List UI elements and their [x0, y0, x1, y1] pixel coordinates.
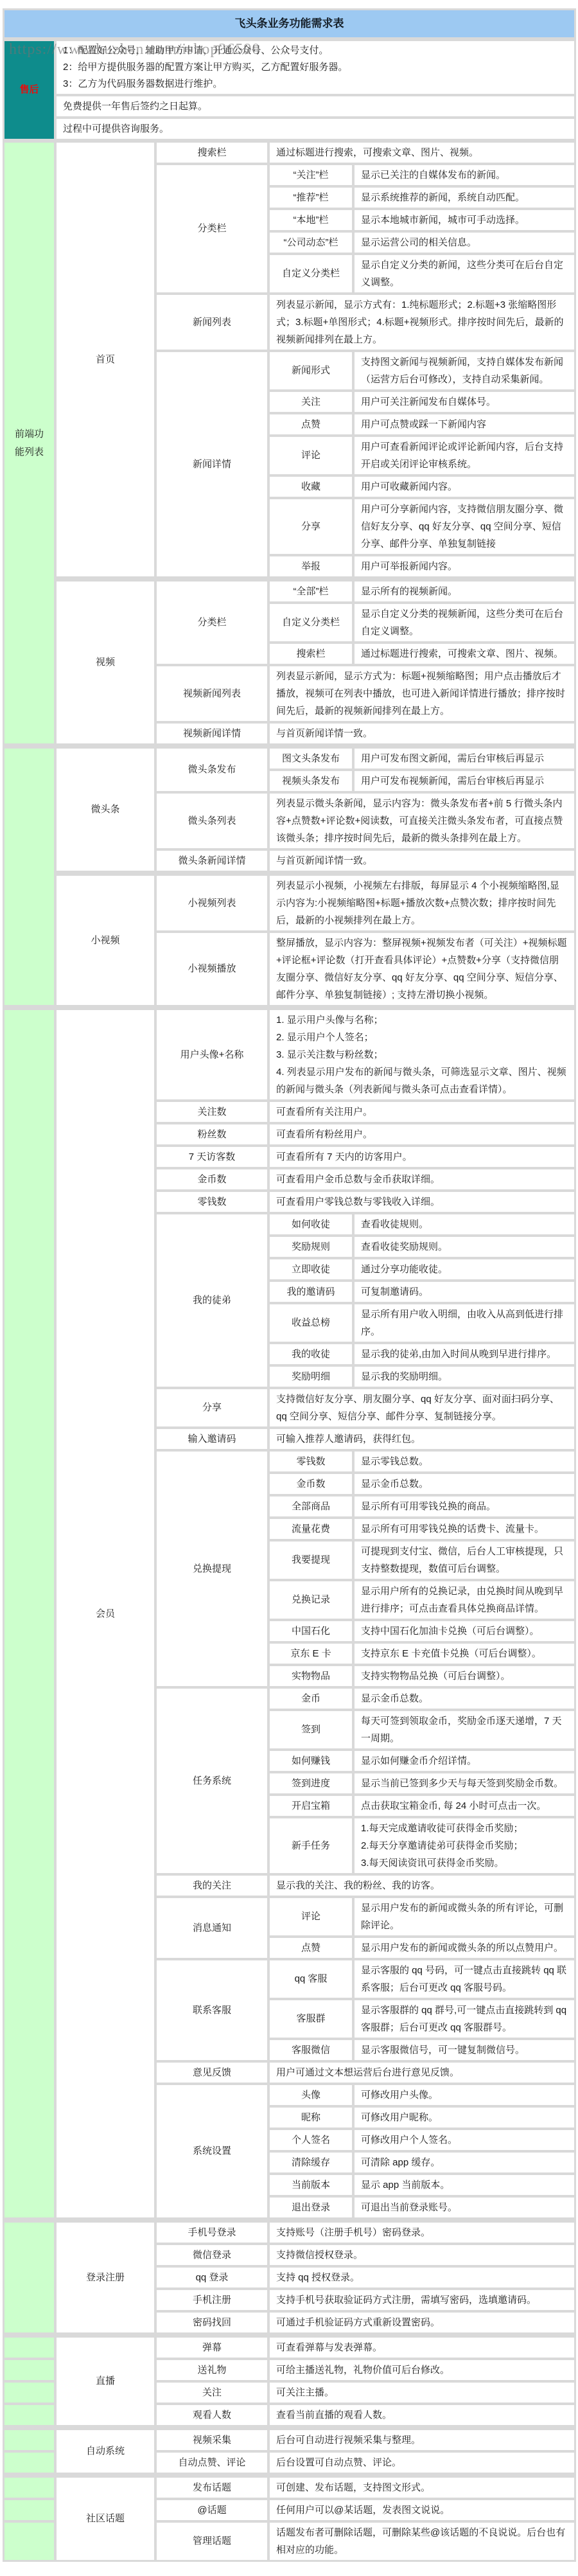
sub-label-cell: 分享: [270, 499, 352, 554]
desc-cell: 支持实物物品兑换（可后台调整）。: [355, 1666, 574, 1686]
desc-cell: 显示用户发布的新闻或微头条的所有评论，可删除评论。: [355, 1898, 574, 1935]
sub-label-cell: 金币数: [270, 1474, 352, 1494]
sub-label-cell: 举报: [270, 556, 352, 576]
row-label-cell: 粉丝数: [157, 1124, 267, 1144]
feature-section: 小视频小视频列表列表显示小视频，小视频左右排版，每屏显示 4 个小视频缩略图,显…: [57, 876, 574, 1005]
desc-cell: 可修改用户个人签名。: [355, 2130, 574, 2150]
desc-cell: 显示所有用户收入明细，由收入从高到低进行排序。: [355, 1304, 574, 1342]
section-label-cell: 登录注册: [57, 2223, 154, 2332]
row-label-cell: 视频新闻详情: [157, 724, 267, 743]
row-label-cell: 小视频播放: [157, 933, 267, 1005]
feature-chunk: 微头条微头条发布图文头条发布用户可发布图文新闻，需后台审核后再显示视频头条发布用…: [4, 749, 574, 1005]
sub-label-cell: 客服群: [270, 2000, 352, 2038]
desc-cell: 与首页新闻详情一致。: [270, 851, 574, 871]
aftersale-note: 1：配置好公众号，辅助甲方申请，开通公众号、公众号支付。 2：给甲方提供服务器的…: [57, 41, 574, 94]
desc-cell: 用户可查看新闻评论或评论新闻内容，后台支持开启或关闭评论审核系统。: [355, 437, 574, 474]
sub-label-cell: 关注: [270, 392, 352, 412]
desc-cell: 可清除 app 缓存。: [355, 2153, 574, 2172]
section-label-cell: 社区话题: [57, 2478, 154, 2560]
desc-cell: 与首页新闻详情一致。: [270, 724, 574, 743]
desc-cell: 显示我的关注、我的粉丝、我的访客。: [270, 1876, 574, 1896]
group-spacer-cell: [4, 2478, 54, 2498]
sub-label-cell: 昵称: [270, 2108, 352, 2127]
chunk-sections: 登录注册手机号登录支持账号（注册手机号）密码登录。微信登录支持微信授权登录。qq…: [57, 2223, 574, 2332]
desc-cell: 显示我的徒弟,由加入时间从晚到早进行排序。: [355, 1344, 574, 1364]
row-label-cell: qq 登录: [157, 2268, 267, 2287]
sub-label-cell: 清除缓存: [270, 2153, 352, 2172]
aftersale-note: 免费提供一年售后签约之日起算。: [57, 96, 574, 116]
desc-cell: 用户可发布图文新闻，需后台审核后再显示: [355, 749, 574, 768]
desc-cell: 通过标题进行搜索，可搜索文章、图片、视频。: [355, 644, 574, 664]
sub-label-cell: 实物物品: [270, 1666, 352, 1686]
sub-label-cell: “全部”栏: [270, 582, 352, 601]
row-label-cell: 观看人数: [157, 2405, 267, 2425]
sub-label-cell: 签到: [270, 1711, 352, 1748]
desc-cell: 用户可关注新闻发布自媒体号。: [355, 392, 574, 412]
group-spacer-cell: [4, 2405, 54, 2425]
feature-section: 会员用户头像+名称1. 显示用户头像与名称； 2. 显示用户个人签名； 3. 显…: [57, 1010, 574, 2217]
desc-cell: 查看当前直播的观看人数。: [270, 2405, 574, 2425]
desc-cell: 可提现到支付宝、微信，后台人工审核提现，只支持整数提现，数值可后台调整。: [355, 1541, 574, 1579]
section-label-cell: 视频: [57, 582, 154, 743]
desc-cell: 显示客服群的 qq 群号,可一键点击直接跳转到 qq 客服群；后台可更改 qq …: [355, 2000, 574, 2038]
desc-cell: 显示所有的视频新闻。: [355, 582, 574, 601]
desc-cell: 1.每天完成邀请收徒可获得金币奖励； 2.每天分享邀请徒弟可获得金币奖励； 3.…: [355, 1818, 574, 1873]
row-label-cell: 联系客服: [157, 1960, 267, 2060]
desc-cell: 支持 qq 授权登录。: [270, 2268, 574, 2287]
feature-section: 自动系统视频采集后台可自动进行视频采集与整理。自动点赞、评论后台设置可自动点赞、…: [4, 2430, 574, 2473]
sub-label-cell: 开启宝箱: [270, 1796, 352, 1816]
sub-label-cell: 奖励明细: [270, 1367, 352, 1387]
row-label-cell: 管理话题: [157, 2523, 267, 2560]
row-label-cell: 微头条列表: [157, 794, 267, 848]
row-label-cell: 弹幕: [157, 2338, 267, 2358]
desc-cell: 显示已关注的自媒体发布的新闻。: [355, 165, 574, 185]
requirements-table: 飞头条业务功能需求表 售后 1：配置好公众号，辅助甲方申请，开通公众号、公众号支…: [3, 8, 576, 2562]
desc-cell: 支持微信好友分享、朋友圈分享、qq 好友分享、面对面扫码分享、qq 空间分享、短…: [270, 1389, 574, 1426]
sub-label-cell: 图文头条发布: [270, 749, 352, 768]
feature-chunk: 登录注册手机号登录支持账号（注册手机号）密码登录。微信登录支持微信授权登录。qq…: [4, 2223, 574, 2332]
desc-cell: 每天可签到领取金币，奖励金币逐天递增，7 天一周期。: [355, 1711, 574, 1748]
row-label-cell: 零钱数: [157, 1192, 267, 1212]
desc-cell: 显示自定义分类的视频新闻，这些分类可在后台自定义调整。: [355, 604, 574, 641]
desc-cell: 可查看用户金币总数与金币获取详细。: [270, 1169, 574, 1189]
chunk-sections: 首页搜索栏通过标题进行搜索，可搜索文章、图片、视频。分类栏“关注”栏显示已关注的…: [57, 143, 574, 743]
row-label-cell: 小视频列表: [157, 876, 267, 930]
feature-chunk: 会员用户头像+名称1. 显示用户头像与名称； 2. 显示用户个人签名； 3. 显…: [4, 1010, 574, 2217]
feature-section: 视频分类栏“全部”栏显示所有的视频新闻。自定义分类栏显示自定义分类的视频新闻，这…: [57, 582, 574, 743]
row-label-cell: 微信登录: [157, 2245, 267, 2265]
sub-label-cell: 我的收徒: [270, 1344, 352, 1364]
desc-cell: 显示用户发布的新闻或微头条的所以点赞用户。: [355, 1938, 574, 1958]
row-label-cell: 兑换提现: [157, 1452, 267, 1686]
chunk-sections: 微头条微头条发布图文头条发布用户可发布图文新闻，需后台审核后再显示视频头条发布用…: [57, 749, 574, 1005]
section-label-cell: 微头条: [57, 749, 154, 871]
desc-cell: 可修改用户头像。: [355, 2085, 574, 2105]
desc-cell: 1. 显示用户头像与名称； 2. 显示用户个人签名； 3. 显示关注数与粉丝数；…: [270, 1010, 574, 1099]
group-spacer-cell: [4, 2383, 54, 2403]
row-label-cell: 分享: [157, 1389, 267, 1426]
desc-cell: 任何用户可以@某话题，发表图文说说。: [270, 2500, 574, 2520]
desc-cell: 可查看用户零钱总数与零钱收入详细。: [270, 1192, 574, 1212]
desc-cell: 显示如何赚金币介绍详情。: [355, 1751, 574, 1771]
group-spacer-cell: [4, 2360, 54, 2380]
desc-cell: 支持微信授权登录。: [270, 2245, 574, 2265]
desc-cell: 显示金币总数。: [355, 1474, 574, 1494]
desc-cell: 可给主播送礼物，礼物价值可后台修改。: [270, 2360, 574, 2380]
row-label-cell: 分类栏: [157, 582, 267, 664]
aftersale-notes: 1：配置好公众号，辅助甲方申请，开通公众号、公众号支付。 2：给甲方提供服务器的…: [57, 41, 574, 139]
desc-cell: 显示当前已签到多少天与每天签到奖励金币数。: [355, 1773, 574, 1793]
desc-cell: 可通过手机验证码方式重新设置密码。: [270, 2313, 574, 2332]
desc-cell: 可输入推荐人邀请码，获得红包。: [270, 1429, 574, 1449]
chunk-sections: 直播弹幕可查看弹幕与发表弹幕。送礼物可给主播送礼物，礼物价值可后台修改。关注可关…: [4, 2338, 574, 2560]
desc-cell: 显示所有可用零钱兑换的话费卡、流量卡。: [355, 1519, 574, 1539]
sub-label-cell: 个人签名: [270, 2130, 352, 2150]
sub-label-cell: 评论: [270, 437, 352, 474]
desc-cell: 查看收徒奖励规则。: [355, 1237, 574, 1257]
desc-cell: 支持京东 E 卡充值卡兑换（可后台调整）。: [355, 1644, 574, 1664]
desc-cell: 列表显示新闻，显示方式有：1.纯标题形式；2.标题+3 张缩略图形式；3.标题+…: [270, 295, 574, 350]
sub-label-cell: 收藏: [270, 477, 352, 497]
sub-label-cell: “推荐”栏: [270, 188, 352, 208]
sub-label-cell: 收益总榜: [270, 1304, 352, 1342]
sub-label-cell: 退出登录: [270, 2198, 352, 2217]
desc-cell: 可修改用户昵称。: [355, 2108, 574, 2127]
aftersale-label-cell: 售后: [4, 41, 54, 139]
sub-label-cell: “公司动态”栏: [270, 233, 352, 253]
row-label-cell: 任务系统: [157, 1689, 267, 1873]
row-label-cell: 微头条新闻详情: [157, 851, 267, 871]
sub-label-cell: 中国石化: [270, 1621, 352, 1641]
sub-label-cell: 点赞: [270, 1938, 352, 1958]
desc-cell: 整屏播放，显示内容为：整屏视频+视频发布者（可关注）+视频标题+评论框+评论数（…: [270, 933, 574, 1005]
desc-cell: 通过分享功能收徒。: [355, 1259, 574, 1279]
row-label-cell: 金币数: [157, 1169, 267, 1189]
sub-label-cell: 视频头条发布: [270, 771, 352, 791]
sub-label-cell: 自定义分类栏: [270, 604, 352, 641]
row-label-cell: 新闻详情: [157, 352, 267, 576]
row-label-cell: 微头条发布: [157, 749, 267, 791]
frontend-feature-table: 前端功能列表首页搜索栏通过标题进行搜索，可搜索文章、图片、视频。分类栏“关注”栏…: [4, 143, 574, 2560]
group-spacer-cell: [4, 2338, 54, 2358]
row-label-cell: 关注数: [157, 1102, 267, 1122]
chunk-sections: 会员用户头像+名称1. 显示用户头像与名称； 2. 显示用户个人签名； 3. 显…: [57, 1010, 574, 2217]
section-label-cell: 小视频: [57, 876, 154, 1005]
desc-cell: 显示零钱总数。: [355, 1452, 574, 1471]
sub-label-cell: 头像: [270, 2085, 352, 2105]
feature-chunk: 前端功能列表首页搜索栏通过标题进行搜索，可搜索文章、图片、视频。分类栏“关注”栏…: [4, 143, 574, 743]
desc-cell: 可创建、发布话题，支持图文形式。: [270, 2478, 574, 2498]
desc-cell: 查看收徒规则。: [355, 1214, 574, 1234]
aftersale-note: 过程中可提供咨询服务。: [57, 119, 574, 139]
desc-cell: 用户可收藏新闻内容。: [355, 477, 574, 497]
desc-cell: 显示自定义分类的新闻，这些分类可在后台自定义调整。: [355, 255, 574, 292]
sub-label-cell: 零钱数: [270, 1452, 352, 1471]
group-spacer-cell: [4, 2453, 54, 2473]
desc-cell: 可查看所有粉丝用户。: [270, 1124, 574, 1144]
sub-label-cell: 当前版本: [270, 2175, 352, 2195]
row-label-cell: 新闻列表: [157, 295, 267, 350]
desc-cell: 可查看所有 7 天内的访客用户。: [270, 1147, 574, 1167]
row-label-cell: 7 天访客数: [157, 1147, 267, 1167]
feature-section: 首页搜索栏通过标题进行搜索，可搜索文章、图片、视频。分类栏“关注”栏显示已关注的…: [57, 143, 574, 576]
row-label-cell: 搜索栏: [157, 143, 267, 163]
desc-cell: 显示金币总数。: [355, 1689, 574, 1709]
desc-cell: 可退出当前登录账号。: [355, 2198, 574, 2217]
desc-cell: 可关注主播。: [270, 2383, 574, 2403]
desc-cell: 显示 app 当前版本。: [355, 2175, 574, 2195]
desc-cell: 显示客服的 qq 号码，可一键点击直接跳转 qq 联系客服；后台可更改 qq 客…: [355, 1960, 574, 1998]
sub-label-cell: 签到进度: [270, 1773, 352, 1793]
desc-cell: 支持中国石化加油卡兑换（可后台调整）。: [355, 1621, 574, 1641]
desc-cell: 用户可举报新闻内容。: [355, 556, 574, 576]
sub-label-cell: 如何赚钱: [270, 1751, 352, 1771]
desc-cell: 列表显示小视频，小视频左右排版，每屏显示 4 个小视频缩略图,显示内容为:小视频…: [270, 876, 574, 930]
sub-label-cell: 立即收徒: [270, 1259, 352, 1279]
row-label-cell: 系统设置: [157, 2085, 267, 2217]
feature-section: 登录注册手机号登录支持账号（注册手机号）密码登录。微信登录支持微信授权登录。qq…: [57, 2223, 574, 2332]
sub-label-cell: 我的邀请码: [270, 1282, 352, 1302]
desc-cell: 支持账号（注册手机号）密码登录。: [270, 2223, 574, 2243]
section-label-cell: 首页: [57, 143, 154, 576]
row-label-cell: 送礼物: [157, 2360, 267, 2380]
sub-label-cell: 点赞: [270, 414, 352, 434]
frontend-group-cell: 前端功能列表: [4, 143, 54, 743]
feature-section: 直播弹幕可查看弹幕与发表弹幕。送礼物可给主播送礼物，礼物价值可后台修改。关注可关…: [4, 2338, 574, 2425]
desc-cell: 话题发布者可删除话题，可删除某些@该话题的不良说说。后台也有相对应的功能。: [270, 2523, 574, 2560]
desc-cell: 列表显示微头条新闻，显示内容为：微头条发布者+前 5 行微头条内容+点赞数+评论…: [270, 794, 574, 848]
sub-label-cell: 评论: [270, 1898, 352, 1935]
group-spacer-cell: [4, 2430, 54, 2450]
row-label-cell: 我的徒弟: [157, 1214, 267, 1387]
desc-cell: 显示我的奖励明细。: [355, 1367, 574, 1387]
row-label-cell: 消息通知: [157, 1898, 267, 1958]
feature-section: 社区话题发布话题可创建、发布话题，支持图文形式。@话题任何用户可以@某话题，发表…: [4, 2478, 574, 2560]
row-label-cell: 输入邀请码: [157, 1429, 267, 1449]
desc-cell: 显示所有可用零钱兑换的商品。: [355, 1497, 574, 1516]
aftersale-section: 售后 1：配置好公众号，辅助甲方申请，开通公众号、公众号支付。 2：给甲方提供服…: [4, 41, 574, 139]
sub-label-cell: 客服微信: [270, 2040, 352, 2060]
sub-label-cell: 全部商品: [270, 1497, 352, 1516]
row-label-cell: 我的关注: [157, 1876, 267, 1896]
desc-cell: 后台可自动进行视频采集与整理。: [270, 2430, 574, 2450]
sub-label-cell: “本地”栏: [270, 210, 352, 230]
group-spacer-cell: [4, 2523, 54, 2560]
row-label-cell: 手机注册: [157, 2290, 267, 2310]
sub-label-cell: “关注”栏: [270, 165, 352, 185]
desc-cell: 可复制邀请码。: [355, 1282, 574, 1302]
sub-label-cell: 新闻形式: [270, 352, 352, 389]
row-label-cell: 用户头像+名称: [157, 1010, 267, 1099]
desc-cell: 支持图文新闻与视频新闻，支持自媒体发布新闻（运营方后台可修改），支持自动采集新闻…: [355, 352, 574, 389]
sub-label-cell: 新手任务: [270, 1818, 352, 1873]
desc-cell: 后台设置可自动点赞、评论。: [270, 2453, 574, 2473]
row-label-cell: 自动点赞、评论: [157, 2453, 267, 2473]
row-label-cell: 手机号登录: [157, 2223, 267, 2243]
row-label-cell: 分类栏: [157, 165, 267, 292]
group-spacer-cell: [4, 2500, 54, 2520]
row-label-cell: 视频采集: [157, 2430, 267, 2450]
desc-cell: 显示本地城市新闻，城市可手动选择。: [355, 210, 574, 230]
desc-cell: 显示客服微信号，可一键复制微信号。: [355, 2040, 574, 2060]
sub-label-cell: 如何收徒: [270, 1214, 352, 1234]
sub-label-cell: 流量花费: [270, 1519, 352, 1539]
desc-cell: 显示系统推荐的新闻，系统自动匹配。: [355, 188, 574, 208]
feature-section: 微头条微头条发布图文头条发布用户可发布图文新闻，需后台审核后再显示视频头条发布用…: [57, 749, 574, 871]
sub-label-cell: 搜索栏: [270, 644, 352, 664]
desc-cell: 可查看所有关注用户。: [270, 1102, 574, 1122]
section-label-cell: 自动系统: [57, 2430, 154, 2473]
sub-label-cell: 兑换记录: [270, 1581, 352, 1619]
desc-cell: 显示运营公司的相关信息。: [355, 233, 574, 253]
desc-cell: 用户可发布视频新闻，需后台审核后再显示: [355, 771, 574, 791]
desc-cell: 显示用户所有的兑换记录，由兑换时间从晚到早进行排序；可点击查看具体兑换商品详情。: [355, 1581, 574, 1619]
desc-cell: 通过标题进行搜索，可搜索文章、图片、视频。: [270, 143, 574, 163]
sub-label-cell: 金币: [270, 1689, 352, 1709]
desc-cell: 点击获取宝箱金币, 每 24 小时可点击一次。: [355, 1796, 574, 1816]
section-label-cell: 直播: [57, 2338, 154, 2425]
table-title: 飞头条业务功能需求表: [4, 10, 574, 37]
desc-cell: 用户可点赞或踩一下新闻内容: [355, 414, 574, 434]
desc-cell: 列表显示新闻，显示方式为：标题+视频缩略图；用户点击播放后才播放，视频可在列表中…: [270, 666, 574, 721]
feature-chunk: 直播弹幕可查看弹幕与发表弹幕。送礼物可给主播送礼物，礼物价值可后台修改。关注可关…: [4, 2338, 574, 2560]
desc-cell: 支持手机号获取验证码方式注册，需填写密码，选填邀请码。: [270, 2290, 574, 2310]
frontend-group-cell: [4, 1010, 54, 2217]
row-label-cell: 密码找回: [157, 2313, 267, 2332]
sub-label-cell: 自定义分类栏: [270, 255, 352, 292]
sub-label-cell: 奖励规则: [270, 1237, 352, 1257]
row-label-cell: 发布话题: [157, 2478, 267, 2498]
desc-cell: 用户可分享新闻内容，支持微信朋友圈分享、微信好友分享、qq 好友分享、qq 空间…: [355, 499, 574, 554]
frontend-group-cell: [4, 2223, 54, 2332]
row-label-cell: 意见反馈: [157, 2063, 267, 2083]
section-label-cell: 会员: [57, 1010, 154, 2217]
row-label-cell: @话题: [157, 2500, 267, 2520]
sub-label-cell: qq 客服: [270, 1960, 352, 1998]
sub-label-cell: 我要提现: [270, 1541, 352, 1579]
row-label-cell: 视频新闻列表: [157, 666, 267, 721]
desc-cell: 用户可通过文本想运营后台进行意见反馈。: [270, 2063, 574, 2083]
row-label-cell: 关注: [157, 2383, 267, 2403]
sub-label-cell: 京东 E 卡: [270, 1644, 352, 1664]
frontend-group-cell: [4, 749, 54, 1005]
desc-cell: 可查看弹幕与发表弹幕。: [270, 2338, 574, 2358]
